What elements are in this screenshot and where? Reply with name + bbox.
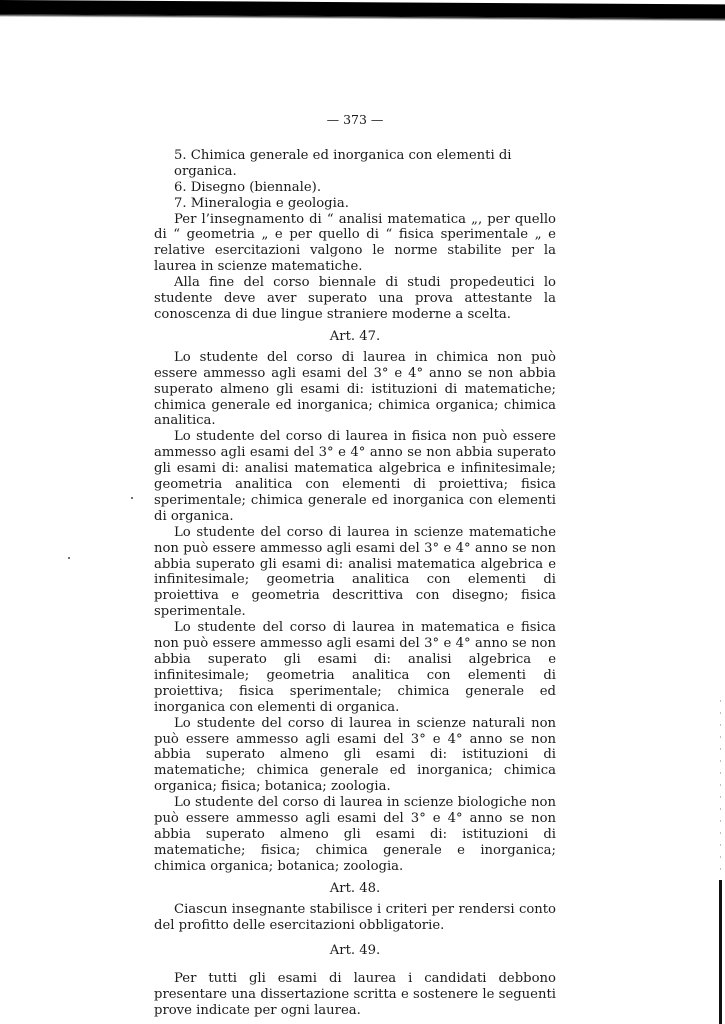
article-heading: Art. 48. bbox=[154, 881, 556, 897]
paragraph: Per tutti gli esami di laurea i candidat… bbox=[154, 971, 556, 1019]
paragraph: Lo studente del corso di laurea in scien… bbox=[154, 795, 556, 875]
article-heading: Art. 47. bbox=[154, 329, 556, 345]
course-list: 5. Chimica generale ed inorganica con el… bbox=[154, 148, 556, 212]
paragraph: Lo studente del corso di laurea in fisic… bbox=[154, 429, 556, 524]
list-item: 6. Disegno (biennale). bbox=[174, 180, 556, 196]
list-item: 5. Chimica generale ed inorganica con el… bbox=[174, 148, 556, 180]
list-item: 7. Mineralogia e geologia. bbox=[174, 196, 556, 212]
scan-speck bbox=[68, 557, 70, 559]
scan-border-right bbox=[719, 880, 722, 1024]
paragraph: Lo studente del corso di laurea in scien… bbox=[154, 525, 556, 620]
scan-border-top bbox=[0, 0, 725, 18]
paragraph: Lo studente del corso di laurea in scien… bbox=[154, 716, 556, 796]
article-heading: Art. 49. bbox=[154, 943, 556, 959]
paragraph: Ciascun insegnante stabilisce i criteri … bbox=[154, 902, 556, 934]
scan-speck bbox=[131, 497, 133, 499]
paragraph: Per l’insegnamento di “ analisi matemati… bbox=[154, 212, 556, 276]
page-number: — 373 — bbox=[154, 112, 556, 128]
document-page: — 373 — 5. Chimica generale ed inorganic… bbox=[154, 112, 556, 1019]
paragraph: Alla fine del corso biennale di studi pr… bbox=[154, 275, 556, 323]
paragraph: Lo studente del corso di laurea in chimi… bbox=[154, 350, 556, 430]
paragraph: Lo studente del corso di laurea in matem… bbox=[154, 620, 556, 715]
scan-border-right-faint bbox=[720, 700, 721, 880]
